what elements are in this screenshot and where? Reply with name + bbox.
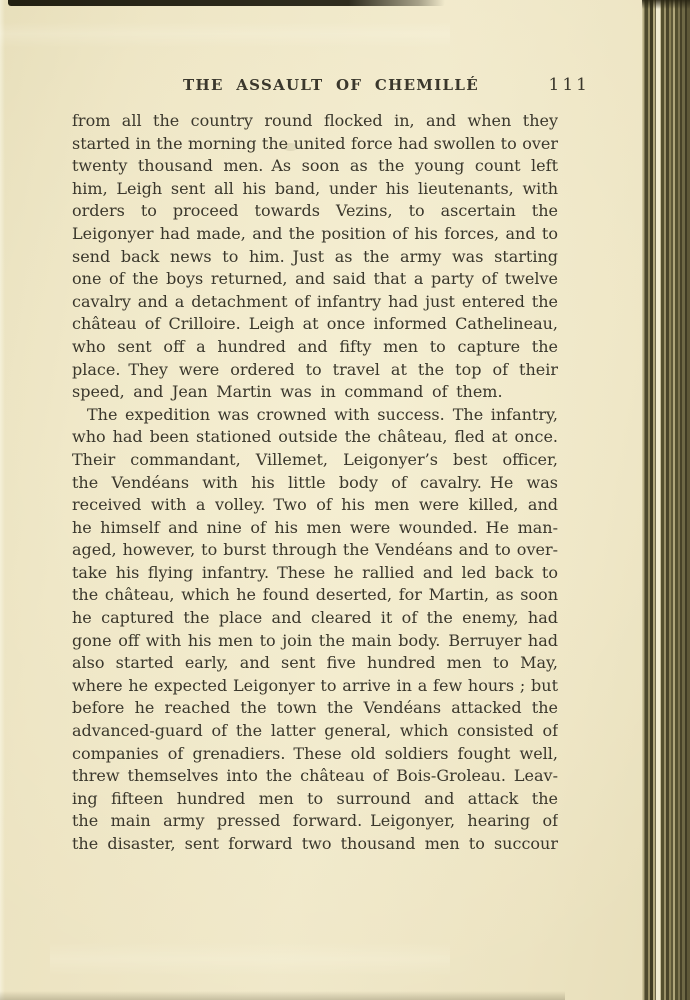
text-line: who sent off a hundred and fifty men to … bbox=[72, 336, 558, 359]
page-bottom-shadow bbox=[0, 991, 565, 1000]
paragraph: from all the country round flocked in, a… bbox=[72, 110, 558, 404]
text-line: advanced-guard of the latter general, wh… bbox=[72, 720, 558, 743]
text-line: aged, however, to burst through the Vend… bbox=[72, 539, 558, 562]
text-line: from all the country round flocked in, a… bbox=[72, 110, 558, 133]
text-line: Their commandant, Villemet, Leigonyer’s … bbox=[72, 449, 558, 472]
text-line: he captured the place and cleared it of … bbox=[72, 607, 558, 630]
text-line: one of the boys returned, and said that … bbox=[72, 268, 558, 291]
left-page-sheen bbox=[0, 0, 5, 1000]
page-number: 111 bbox=[549, 75, 590, 95]
text-line: ing fifteen hundred men to surround and … bbox=[72, 788, 558, 811]
body-text: from all the country round flocked in, a… bbox=[72, 110, 558, 856]
book-fore-edge-top-shadow bbox=[642, 0, 690, 9]
running-header: THE ASSAULT OF CHEMILLÉ 111 bbox=[72, 76, 590, 98]
text-line: the Vendéans with his little body of cav… bbox=[72, 472, 558, 495]
scanned-book-page: THE ASSAULT OF CHEMILLÉ 111 from all the… bbox=[0, 0, 690, 1000]
text-line: speed, and Jean Martin was in command of… bbox=[72, 381, 558, 404]
text-line: The expedition was crowned with success.… bbox=[72, 404, 558, 427]
text-line: companies of grenadiers. These old soldi… bbox=[72, 743, 558, 766]
text-line: orders to proceed towards Vezins, to asc… bbox=[72, 200, 558, 223]
text-line: the château, which he found deserted, fo… bbox=[72, 584, 558, 607]
text-line: where he expected Leigonyer to arrive in… bbox=[72, 675, 558, 698]
text-line: started in the morning the united force … bbox=[72, 133, 558, 156]
text-line: château of Crilloire. Leigh at once info… bbox=[72, 313, 558, 336]
text-line: him, Leigh sent all his band, under his … bbox=[72, 178, 558, 201]
text-line: Leigonyer had made, and the position of … bbox=[72, 223, 558, 246]
text-line: cavalry and a detachment of infantry had… bbox=[72, 291, 558, 314]
scan-light-band-top bbox=[0, 22, 450, 48]
text-line: threw themselves into the château of Boi… bbox=[72, 765, 558, 788]
text-line: he himself and nine of his men were woun… bbox=[72, 517, 558, 540]
text-line: place. They were ordered to travel at th… bbox=[72, 359, 558, 382]
text-line: the main army pressed forward. Leigonyer… bbox=[72, 810, 558, 833]
book-top-edge-shadow bbox=[8, 0, 445, 6]
text-line: received with a volley. Two of his men w… bbox=[72, 494, 558, 517]
text-line: send back news to him. Just as the army … bbox=[72, 246, 558, 269]
paragraph: The expedition was crowned with success.… bbox=[72, 404, 558, 856]
book-fore-edge-pages bbox=[642, 0, 690, 1000]
text-line: who had been stationed outside the châte… bbox=[72, 426, 558, 449]
text-line: twenty thousand men. As soon as the youn… bbox=[72, 155, 558, 178]
text-line: take his flying infantry. These he ralli… bbox=[72, 562, 558, 585]
text-line: before he reached the town the Vendéans … bbox=[72, 697, 558, 720]
chapter-title: THE ASSAULT OF CHEMILLÉ bbox=[72, 76, 590, 94]
text-line: also started early, and sent five hundre… bbox=[72, 652, 558, 675]
scan-light-band-bottom bbox=[50, 942, 450, 976]
text-line: gone off with his men to join the main b… bbox=[72, 630, 558, 653]
text-line: the disaster, sent forward two thousand … bbox=[72, 833, 558, 856]
